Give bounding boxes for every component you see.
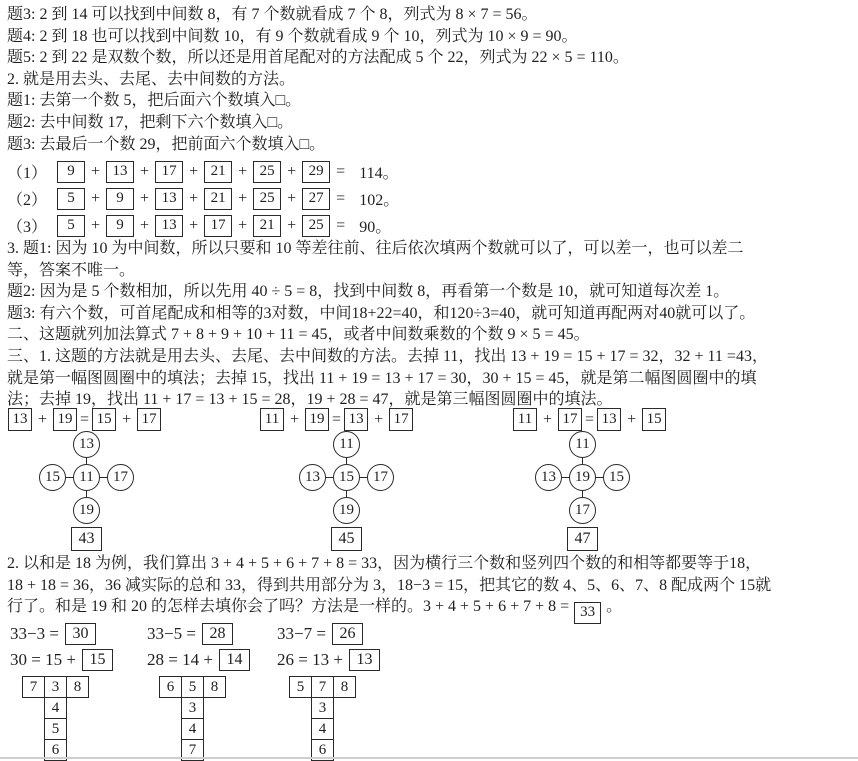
- grid-cell: 7: [311, 676, 334, 698]
- answer-box: 26: [332, 623, 363, 645]
- para2-section: 2. 以和是 18 为例，我们算出 3 + 4 + 5 + 6 + 7 + 8 …: [7, 553, 771, 624]
- answer-box: 30: [65, 623, 96, 645]
- plus-sign: +: [627, 411, 636, 429]
- sum-result: 102。: [359, 187, 399, 210]
- body-section: 3. 题1: 因为 10 为中间数，所以只要和 10 等差往前、往后依次填两个数…: [7, 238, 768, 411]
- text-line: 题3: 2 到 14 可以找到中间数 8，有 7 个数就看成 7 个 8，列式为…: [7, 4, 629, 26]
- equals-sign: =: [332, 411, 341, 429]
- answer-box: 13: [155, 188, 183, 210]
- plus-sign: +: [238, 190, 247, 208]
- row-label: （1）: [7, 160, 47, 183]
- text-line: 二、这题就列加法算式 7 + 8 + 9 + 10 + 11 = 45，或者中间…: [7, 324, 768, 346]
- circle-equation: 13 + 19 = 15 + 17: [8, 408, 161, 431]
- grid-cell: 4: [181, 718, 204, 740]
- equation-line: 30 = 15 + 15: [10, 648, 113, 672]
- bottom-divider: [0, 757, 858, 759]
- equation-text: 26 = 13 +: [277, 650, 343, 670]
- text-line: 题1: 去第一个数 5，把后面六个数填入□。: [7, 90, 629, 112]
- circle-equation: 11 + 19 = 13 + 17: [260, 408, 413, 431]
- sum-box: 45: [331, 527, 362, 551]
- answer-box: 17: [155, 161, 183, 183]
- intro-section: 题3: 2 到 14 可以找到中间数 8，有 7 个数就看成 7 个 8，列式为…: [7, 4, 629, 155]
- answer-box: 17: [204, 215, 232, 237]
- equation-text: 30 = 15 +: [10, 650, 76, 670]
- equation-line: 33−7 = 26: [277, 622, 380, 646]
- sum-row: （3） 5 + 9 + 13 + 17 + 21 + 25 = 90。: [7, 212, 399, 239]
- grid-cell: 5: [44, 718, 67, 740]
- answer-box: 25: [253, 188, 281, 210]
- grid-column: 33−7 = 26 26 = 13 + 13 5 7 8 3 4 6: [277, 620, 380, 761]
- cross-diagram: 11 13 15 17 19 45: [292, 430, 401, 555]
- grid-row: 5 7 8: [289, 676, 380, 698]
- equals-sign: =: [336, 163, 345, 181]
- answer-box: 25: [253, 161, 281, 183]
- grid-cell: 5: [289, 676, 312, 698]
- grid-stem: 3 4 6: [311, 697, 334, 761]
- circle-node: 15: [333, 464, 360, 491]
- answer-box: 13: [106, 161, 134, 183]
- grid-row: 6 5 8: [159, 676, 250, 698]
- answer-box: 21: [253, 215, 281, 237]
- plus-sign: +: [287, 217, 296, 235]
- text-line: 2. 就是用去头、去尾、去中间数的方法。: [7, 69, 629, 91]
- answer-box: 21: [204, 188, 232, 210]
- text-segment: 行了。和是 19 和 20 的怎样去填你会了吗？方法是一样的。3 + 4 + 5…: [7, 598, 569, 615]
- plus-sign: +: [287, 163, 296, 181]
- circle-node: 19: [73, 497, 100, 524]
- answer-box: 5: [57, 188, 85, 210]
- grid-cell: 8: [333, 676, 356, 698]
- grid-cell: 8: [203, 676, 226, 698]
- circle-node: 11: [333, 431, 360, 458]
- circle-node: 17: [107, 464, 134, 491]
- equals-sign: =: [336, 190, 345, 208]
- equals-sign: =: [336, 217, 345, 235]
- text-line: 就是第一幅图圆圈中的填法；去掉 15，找出 11 + 19 = 13 + 17 …: [7, 368, 768, 390]
- boxed-sums-section: （1） 9 + 13 + 17 + 21 + 25 + 29 = 114。 （2…: [7, 158, 399, 239]
- plus-sign: +: [287, 190, 296, 208]
- equals-sign: =: [80, 411, 89, 429]
- grids-section: 33−3 = 30 30 = 15 + 15 7 3 8 4 5 6: [0, 620, 858, 761]
- answer-box: 17: [137, 408, 161, 431]
- grid-cell: 3: [44, 676, 67, 698]
- plus-sign: +: [91, 190, 100, 208]
- plus-sign: +: [91, 163, 100, 181]
- answer-box: 13: [349, 649, 380, 671]
- text-line: 3. 题1: 因为 10 为中间数，所以只要和 10 等差往前、往后依次填两个数…: [7, 238, 768, 260]
- grid-cell: 6: [159, 676, 182, 698]
- answer-box: 13: [155, 215, 183, 237]
- text-segment: 。: [606, 598, 622, 615]
- answer-box: 29: [302, 161, 330, 183]
- text-line: 三、1. 这题的方法就是用去头、去尾、去中间数的方法。去掉 11，找出 13 +…: [7, 346, 768, 368]
- answer-box: 11: [260, 408, 284, 431]
- circle-node: 11: [73, 464, 100, 491]
- answer-box: 9: [106, 188, 134, 210]
- circle-node: 19: [569, 464, 596, 491]
- answer-box: 9: [106, 215, 134, 237]
- sum-result: 114。: [359, 160, 398, 183]
- grid-cell: 4: [311, 718, 334, 740]
- cross-diagram: 13 15 11 17 19 43: [32, 430, 141, 555]
- document-page: 题3: 2 到 14 可以找到中间数 8，有 7 个数就看成 7 个 8，列式为…: [0, 0, 858, 761]
- text-line: 题3: 有六个数，可首尾配成和相等的3对数，中间18+22=40，和120÷3=…: [7, 303, 768, 325]
- grid-cell: 8: [66, 676, 89, 698]
- answer-box: 13: [344, 408, 368, 431]
- equation-line: 26 = 13 + 13: [277, 648, 380, 672]
- answer-box: 28: [202, 623, 233, 645]
- answer-box: 17: [558, 408, 582, 431]
- answer-box: 15: [642, 408, 666, 431]
- t-grid: 6 5 8 3 4 7: [159, 676, 250, 761]
- plus-sign: +: [122, 411, 131, 429]
- plus-sign: +: [189, 190, 198, 208]
- circle-node: 19: [333, 497, 360, 524]
- text-line: 18 + 18 = 36，36 减实际的总和 33，得到共用部分为 3，18−3…: [7, 575, 771, 597]
- plus-sign: +: [38, 411, 47, 429]
- sum-box: 47: [567, 527, 598, 551]
- plus-sign: +: [238, 163, 247, 181]
- answer-box: 17: [389, 408, 413, 431]
- text-line: 题5: 2 到 22 是双数个数，所以还是用首尾配对的方法配成 5 个 22，列…: [7, 47, 629, 69]
- cross-diagram: 11 13 19 15 17 47: [528, 430, 637, 555]
- circle-node: 13: [73, 431, 100, 458]
- equation-text: 33−3 =: [10, 624, 59, 644]
- answer-box: 25: [302, 215, 330, 237]
- answer-box: 21: [204, 161, 232, 183]
- circle-equation: 11 + 17 = 13 + 15: [513, 408, 666, 431]
- plus-sign: +: [140, 190, 149, 208]
- text-line: 题3: 去最后一个数 29，把前面六个数填入□。: [7, 134, 629, 156]
- grid-cell: 3: [311, 697, 334, 719]
- text-line: 题2: 去中间数 17，把剩下六个数填入□。: [7, 112, 629, 134]
- text-line: 题2: 因为是 5 个数相加，所以先用 40 ÷ 5 = 8，找到中间数 8，再…: [7, 281, 768, 303]
- circle-node: 11: [569, 431, 596, 458]
- grid-stem: 3 4 7: [181, 697, 204, 761]
- answer-box: 27: [302, 188, 330, 210]
- answer-box: 14: [219, 649, 250, 671]
- plus-sign: +: [189, 163, 198, 181]
- answer-box: 13: [597, 408, 621, 431]
- grid-stem: 4 5 6: [44, 697, 67, 761]
- sum-row: （2） 5 + 9 + 13 + 21 + 25 + 27 = 102。: [7, 185, 399, 212]
- answer-box: 11: [513, 408, 537, 431]
- plus-sign: +: [140, 217, 149, 235]
- answer-box: 15: [92, 408, 116, 431]
- row-label: （3）: [7, 214, 47, 237]
- answer-box: 19: [53, 408, 77, 431]
- grid-cell: 4: [44, 697, 67, 719]
- circle-node: 15: [603, 464, 630, 491]
- equals-sign: =: [585, 411, 594, 429]
- plus-sign: +: [189, 217, 198, 235]
- grid-column: 33−3 = 30 30 = 15 + 15 7 3 8 4 5 6: [10, 620, 113, 761]
- plus-sign: +: [238, 217, 247, 235]
- answer-box: 19: [305, 408, 329, 431]
- circle-node: 17: [367, 464, 394, 491]
- circle-node: 13: [535, 464, 562, 491]
- equation-line: 33−3 = 30: [10, 622, 113, 646]
- t-grid: 5 7 8 3 4 6: [289, 676, 380, 761]
- equation-line: 33−5 = 28: [147, 622, 250, 646]
- answer-box: 5: [57, 215, 85, 237]
- grid-row: 7 3 8: [22, 676, 113, 698]
- answer-box: 13: [8, 408, 32, 431]
- equation-text: 33−7 =: [277, 624, 326, 644]
- circle-node: 17: [569, 497, 596, 524]
- plus-sign: +: [140, 163, 149, 181]
- plus-sign: +: [374, 411, 383, 429]
- text-line: 等，答案不唯一。: [7, 260, 768, 282]
- answer-box: 15: [82, 649, 113, 671]
- grid-cell: 7: [22, 676, 45, 698]
- sum-row: （1） 9 + 13 + 17 + 21 + 25 + 29 = 114。: [7, 158, 399, 185]
- row-label: （2）: [7, 187, 47, 210]
- plus-sign: +: [91, 217, 100, 235]
- grid-column: 33−5 = 28 28 = 14 + 14 6 5 8 3 4 7: [147, 620, 250, 761]
- circle-node: 13: [299, 464, 326, 491]
- sum-result: 90。: [359, 214, 391, 237]
- equation-line: 28 = 14 + 14: [147, 648, 250, 672]
- equation-text: 33−5 =: [147, 624, 196, 644]
- grid-cell: 5: [181, 676, 204, 698]
- sum-box: 43: [71, 527, 102, 551]
- cross-diagrams-section: 13 + 19 = 15 + 17 11 + 19 = 13 + 17 11 +…: [0, 404, 858, 554]
- text-line: 题4: 2 到 18 也可以找到中间数 10，有 9 个数就看成 9 个 10，…: [7, 26, 629, 48]
- grid-cell: 3: [181, 697, 204, 719]
- answer-box: 9: [57, 161, 85, 183]
- circle-node: 15: [39, 464, 66, 491]
- text-line: 2. 以和是 18 为例，我们算出 3 + 4 + 5 + 6 + 7 + 8 …: [7, 553, 771, 575]
- t-grid: 7 3 8 4 5 6: [22, 676, 113, 761]
- plus-sign: +: [290, 411, 299, 429]
- equation-text: 28 = 14 +: [147, 650, 213, 670]
- plus-sign: +: [543, 411, 552, 429]
